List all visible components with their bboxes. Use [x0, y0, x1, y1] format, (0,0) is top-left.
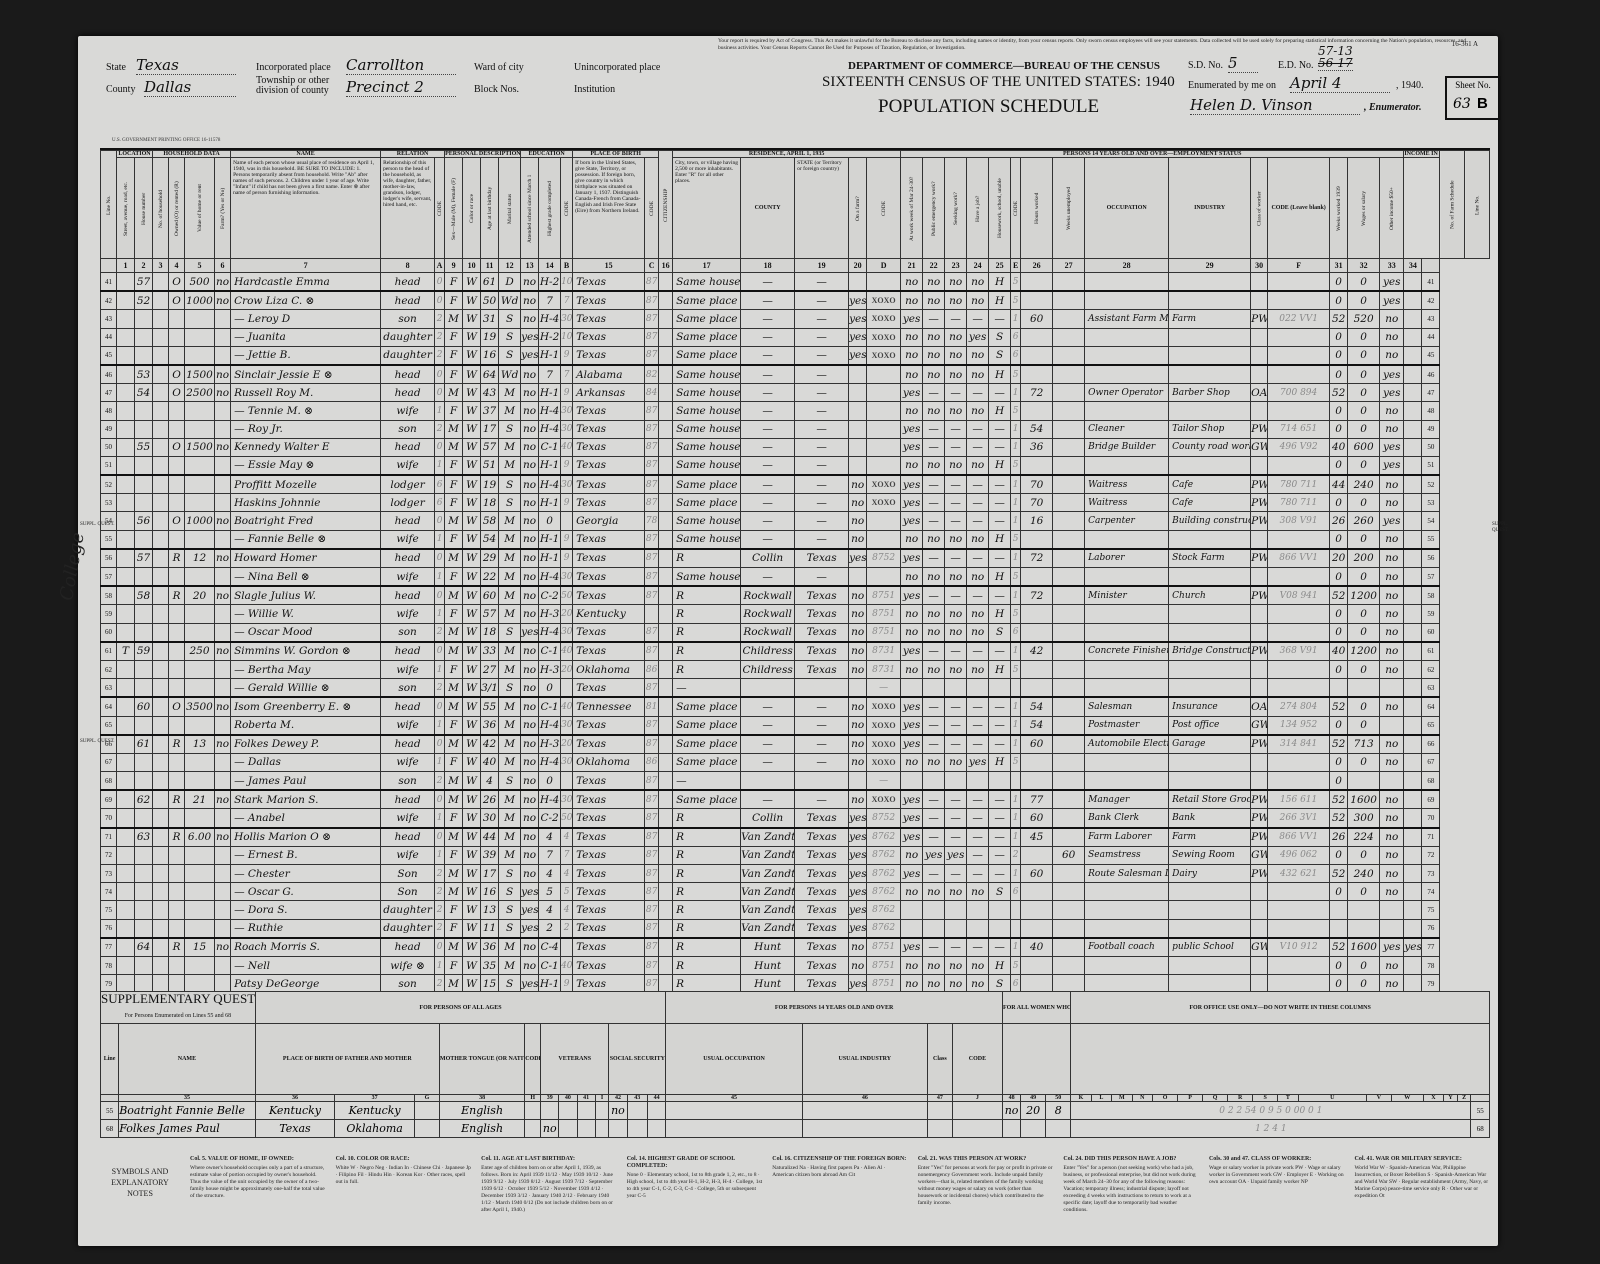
- farm-schedule-header: No. of Farm Schedule: [1440, 151, 1465, 259]
- age-header: Age at last birthday: [481, 158, 499, 259]
- cell-c: 87: [645, 865, 659, 883]
- line-number-right: 43: [1422, 310, 1440, 328]
- cell-c23: —: [945, 310, 967, 328]
- cell-c30: PW: [1251, 420, 1268, 438]
- line-number-right: 77: [1422, 938, 1440, 957]
- cell-marital: S: [499, 328, 521, 346]
- supp-name-header: NAME: [119, 1024, 256, 1095]
- cell-d: [867, 456, 901, 475]
- cell-c24: —: [967, 846, 989, 864]
- cell-b: 10: [561, 328, 573, 346]
- cell-c23: —: [945, 512, 967, 530]
- cell-school: no: [521, 384, 539, 402]
- cell-birth: Texas: [573, 456, 645, 475]
- cell-industry: [1169, 919, 1251, 938]
- supp-column-number: 50: [1046, 1095, 1071, 1102]
- cell-e: 6: [1011, 328, 1021, 346]
- cell-b: 50: [561, 809, 573, 828]
- cell-res-county: —: [741, 512, 795, 530]
- cell-farm: no: [215, 512, 231, 530]
- cell-own: [169, 328, 185, 346]
- line-number-right: 54: [1422, 512, 1440, 530]
- supp-cell-c48: no: [1002, 1102, 1020, 1120]
- cell-c32: 0: [1348, 568, 1380, 587]
- cell-race: W: [463, 328, 481, 346]
- cell-cit: [659, 660, 673, 678]
- cell-c21: yes: [901, 549, 923, 568]
- schedule-title: POPULATION SCHEDULE: [878, 96, 1099, 118]
- cell-e: 1: [1011, 790, 1021, 809]
- relation-header: RELATION: [381, 151, 445, 158]
- cell-c30: OA: [1251, 384, 1268, 402]
- code-h-header: CODE: [525, 1024, 541, 1095]
- note-block: Col. 5. VALUE OF HOME, IF OWNED:Where ow…: [190, 1156, 326, 1236]
- line-number: 58: [101, 586, 117, 605]
- cell-c21: yes: [901, 642, 923, 661]
- household-header: HOUSEHOLD DATA: [153, 151, 231, 158]
- cell-c32: 0: [1348, 753, 1380, 771]
- cell-e: 1: [1011, 642, 1021, 661]
- cell-d: XOXO: [867, 716, 901, 735]
- cell-res-farm: no: [849, 623, 867, 642]
- cell-c31: 52: [1330, 809, 1348, 828]
- cell-value: [185, 772, 215, 791]
- cell-name: — Jettie B.: [231, 346, 381, 365]
- table-row: 68— James Paulson2MW4Sno0Texas87——068: [101, 772, 1490, 791]
- enumerator-name: Helen D. Vinson: [1190, 96, 1360, 115]
- cell-c30: PW: [1251, 475, 1268, 494]
- cell-birth: Texas: [573, 772, 645, 791]
- cell-d: 8751: [867, 956, 901, 974]
- cell-c32: 0: [1348, 384, 1380, 402]
- cell-d: 8762: [867, 901, 901, 919]
- cell-c33: no: [1380, 328, 1404, 346]
- cell-c30: [1251, 365, 1268, 384]
- cell-c: 87: [645, 310, 659, 328]
- code-j-header: CODE: [952, 1024, 1002, 1095]
- cell-c32: 240: [1348, 865, 1380, 883]
- women-cols-header: [1002, 1024, 1070, 1095]
- cell-street: [117, 475, 135, 494]
- line-number: 50: [101, 438, 117, 456]
- cell-c: 87: [645, 475, 659, 494]
- year-label: , 1940.: [1396, 80, 1424, 91]
- cell-res-farm: yes: [849, 809, 867, 828]
- cell-c31: 52: [1330, 938, 1348, 957]
- cell-a: 1: [435, 753, 445, 771]
- cell-c31: 0: [1330, 956, 1348, 974]
- cell-c31: 26: [1330, 828, 1348, 847]
- cell-industry: [1169, 346, 1251, 365]
- cell-c26: [1021, 402, 1053, 420]
- cell-res-farm: no: [849, 753, 867, 771]
- supp-cell-mother: Oklahoma: [335, 1120, 415, 1138]
- cell-c21: [901, 772, 923, 791]
- cell-age: 16: [481, 883, 499, 901]
- cell-c23: —: [945, 828, 967, 847]
- cell-own: R: [169, 735, 185, 754]
- cell-res-county: —: [741, 384, 795, 402]
- cell-street: [117, 919, 135, 938]
- cell-own: R: [169, 938, 185, 957]
- cell-industry: public School: [1169, 938, 1251, 957]
- cell-marital: M: [499, 605, 521, 623]
- cell-b: 9: [561, 456, 573, 475]
- cell-res-county: Hunt: [741, 956, 795, 974]
- cell-res-state: —: [795, 530, 849, 549]
- cell-b: 30: [561, 568, 573, 587]
- cell-grade: H-4: [539, 716, 561, 735]
- cell-c26: [1021, 846, 1053, 864]
- cell-occupation: [1085, 402, 1169, 420]
- supp-cell-c50: [1046, 1120, 1071, 1138]
- cell-marital: M: [499, 938, 521, 957]
- cell-c22: —: [923, 310, 945, 328]
- county-value: Dallas: [144, 78, 236, 97]
- cell-c26: 70: [1021, 494, 1053, 512]
- cell-age: 58: [481, 512, 499, 530]
- cell-c: 87: [645, 420, 659, 438]
- cell-b: 30: [561, 420, 573, 438]
- cell-value: 13: [185, 735, 215, 754]
- cell-race: W: [463, 438, 481, 456]
- note-title: Cols. 30 and 47. CLASS OF WORKER:: [1209, 1156, 1345, 1163]
- cell-name: Haskins Johnnie: [231, 494, 381, 512]
- cell-res-county: Van Zandt: [741, 883, 795, 901]
- cell-res-farm: no: [849, 530, 867, 549]
- cell-household: [153, 549, 169, 568]
- cell-c: 87: [645, 530, 659, 549]
- column-number: B: [561, 259, 573, 273]
- cell-school: no: [521, 291, 539, 310]
- cell-farm: [215, 568, 231, 587]
- cell-c25: S: [989, 883, 1011, 901]
- line-number: 73: [101, 865, 117, 883]
- cell-c32: [1348, 679, 1380, 698]
- cell-occupation: [1085, 901, 1169, 919]
- cell-c22: —: [923, 938, 945, 957]
- cell-c33: yes: [1380, 456, 1404, 475]
- line-number: 48: [101, 402, 117, 420]
- supp-cell-g: [414, 1102, 439, 1120]
- cell-name: — Bertha May: [231, 660, 381, 678]
- cell-res-state: —: [795, 790, 849, 809]
- cell-value: [185, 494, 215, 512]
- cell-res-city: Same house: [673, 273, 741, 292]
- cell-c30: GW: [1251, 716, 1268, 735]
- supp-column-number: [101, 1095, 119, 1102]
- cell-c30: [1251, 346, 1268, 365]
- cell-industry: [1169, 901, 1251, 919]
- women-header: FOR ALL WOMEN WHO ARE OR HAVE BEEN MARRI…: [1002, 992, 1070, 1024]
- cell-res-state: —: [795, 456, 849, 475]
- cell-c22: —: [923, 790, 945, 809]
- cell-sex: M: [445, 623, 463, 642]
- table-row: 62— Bertha Maywife1FW27MnoH-320Oklahoma8…: [101, 660, 1490, 678]
- cell-relation: daughter: [381, 919, 435, 938]
- cell-value: 250: [185, 642, 215, 661]
- cell-res-farm: [849, 420, 867, 438]
- cell-res-city: Same place: [673, 753, 741, 771]
- cell-c25: —: [989, 735, 1011, 754]
- cell-c24: no: [967, 605, 989, 623]
- cell-res-county: Van Zandt: [741, 865, 795, 883]
- sheet-number-box: Sheet No. 63 B: [1445, 76, 1501, 120]
- cell-school: yes: [521, 883, 539, 901]
- cell-res-county: —: [741, 456, 795, 475]
- cell-res-farm: no: [849, 938, 867, 957]
- cell-age: 39: [481, 846, 499, 864]
- supp-cell-c39: [541, 1102, 559, 1120]
- cell-c30: [1251, 273, 1268, 292]
- cell-res-county: —: [741, 494, 795, 512]
- cell-school: no: [521, 735, 539, 754]
- column-number: 12: [499, 259, 521, 273]
- cell-res-county: Collin: [741, 809, 795, 828]
- usual-occupation-header: USUAL OCCUPATION: [666, 1024, 802, 1095]
- cell-c25: —: [989, 384, 1011, 402]
- cell-res-county: Van Zandt: [741, 919, 795, 938]
- cell-c23: —: [945, 642, 967, 661]
- cell-c33: no: [1380, 735, 1404, 754]
- cell-c30: [1251, 660, 1268, 678]
- cell-c21: no: [901, 365, 923, 384]
- cell-own: [169, 568, 185, 587]
- cell-cit: [659, 753, 673, 771]
- cell-c21: yes: [901, 828, 923, 847]
- cell-school: no: [521, 605, 539, 623]
- cell-c22: [923, 901, 945, 919]
- cell-b: 9: [561, 530, 573, 549]
- cell-industry: [1169, 402, 1251, 420]
- cell-c31: 26: [1330, 512, 1348, 530]
- cell-marital: M: [499, 697, 521, 716]
- line-number: 44: [101, 328, 117, 346]
- cell-value: 1500: [185, 438, 215, 456]
- cell-school: no: [521, 273, 539, 292]
- cell-birth: Texas: [573, 310, 645, 328]
- cell-value: 500: [185, 273, 215, 292]
- cell-household: [153, 828, 169, 847]
- cell-c24: no: [967, 623, 989, 642]
- cell-household: [153, 530, 169, 549]
- cell-c27: [1053, 530, 1085, 549]
- cell-res-county: Rockwall: [741, 623, 795, 642]
- cell-c24: [967, 772, 989, 791]
- cell-c27: [1053, 753, 1085, 771]
- cell-res-county: Collin: [741, 549, 795, 568]
- cell-c34: [1404, 512, 1422, 530]
- cell-c32: 300: [1348, 809, 1380, 828]
- cell-grade: H-1: [539, 346, 561, 365]
- cell-birth: Texas: [573, 883, 645, 901]
- cell-farm: [215, 494, 231, 512]
- cell-c22: no: [923, 623, 945, 642]
- cell-a: 0: [435, 273, 445, 292]
- cell-c: 87: [645, 809, 659, 828]
- cell-c26: [1021, 901, 1053, 919]
- cell-c27: [1053, 623, 1085, 642]
- line-number: 49: [101, 420, 117, 438]
- cell-cit: [659, 310, 673, 328]
- code-c-header: CODE: [645, 158, 659, 259]
- cell-street: [117, 938, 135, 957]
- line-number-right: 53: [1422, 494, 1440, 512]
- cell-own: [169, 346, 185, 365]
- cell-d: 8751: [867, 605, 901, 623]
- cell-c24: no: [967, 402, 989, 420]
- cell-school: no: [521, 456, 539, 475]
- cell-occupation: [1085, 623, 1169, 642]
- cell-c22: —: [923, 384, 945, 402]
- cell-a: 1: [435, 402, 445, 420]
- cell-farm: [215, 679, 231, 698]
- enumerated-date: April 4: [1290, 74, 1390, 93]
- cell-c31: 52: [1330, 310, 1348, 328]
- cell-street: [117, 291, 135, 310]
- cell-c: 87: [645, 642, 659, 661]
- cell-street: [117, 384, 135, 402]
- cell-farm: [215, 456, 231, 475]
- cell-farm: no: [215, 938, 231, 957]
- cell-res-city: Same place: [673, 494, 741, 512]
- supp-cell-c41: [577, 1102, 595, 1120]
- cell-name: — Oscar G.: [231, 883, 381, 901]
- supp-line-header: Line: [101, 1024, 119, 1095]
- cell-c22: [923, 919, 945, 938]
- cell-b: 9: [561, 494, 573, 512]
- cell-c30: PW: [1251, 586, 1268, 605]
- cell-c24: —: [967, 512, 989, 530]
- note-block: Col. 14. HIGHEST GRADE OF SCHOOL COMPLET…: [627, 1156, 763, 1236]
- line-number-right: 59: [1422, 605, 1440, 623]
- cell-name: Crow Liza C. ⊗: [231, 291, 381, 310]
- supp-column-number: T: [1278, 1095, 1298, 1102]
- cell-house: [135, 883, 153, 901]
- cell-marital: M: [499, 790, 521, 809]
- cell-grade: C-2: [539, 809, 561, 828]
- cell-c26: [1021, 568, 1053, 587]
- supp-cell-c48: [1002, 1120, 1020, 1138]
- cell-industry: Post office: [1169, 716, 1251, 735]
- cell-c32: 1200: [1348, 642, 1380, 661]
- cell-house: 57: [135, 273, 153, 292]
- cell-grade: C-1: [539, 956, 561, 974]
- cell-industry: [1169, 530, 1251, 549]
- cell-school: no: [521, 568, 539, 587]
- cell-value: [185, 328, 215, 346]
- cell-c22: no: [923, 402, 945, 420]
- cell-b: 50: [561, 586, 573, 605]
- cell-b: [561, 938, 573, 957]
- cell-school: no: [521, 438, 539, 456]
- column-number: E: [1011, 259, 1021, 273]
- cell-household: [153, 772, 169, 791]
- cell-race: W: [463, 919, 481, 938]
- cell-name: — Chester: [231, 865, 381, 883]
- cell-c27: [1053, 716, 1085, 735]
- table-row: 60— Oscar Moodson2MW18SyesH-430Texas87RR…: [101, 623, 1490, 642]
- cell-c27: [1053, 901, 1085, 919]
- cell-res-state: —: [795, 568, 849, 587]
- cell-c21: no: [901, 273, 923, 292]
- cell-c31: 0: [1330, 346, 1348, 365]
- supp-column-number: 47: [927, 1095, 952, 1102]
- cell-c25: —: [989, 790, 1011, 809]
- cell-relation: head: [381, 438, 435, 456]
- cell-c31: 0: [1330, 846, 1348, 864]
- line-number: 47: [101, 384, 117, 402]
- supp-cell-c46: [802, 1102, 927, 1120]
- cell-farm: [215, 956, 231, 974]
- cell-street: [117, 310, 135, 328]
- table-row: 70— Anabelwife1FW30MnoC-250Texas87RColli…: [101, 809, 1490, 828]
- cell-res-city: Same place: [673, 716, 741, 735]
- supp-cell-line: 68: [101, 1120, 119, 1138]
- cell-res-state: —: [795, 365, 849, 384]
- cell-age: 57: [481, 438, 499, 456]
- cell-occupation: Salesman: [1085, 697, 1169, 716]
- cell-c34: [1404, 438, 1422, 456]
- res-city-header: City, town, or village having 2,500 or m…: [673, 158, 741, 259]
- grade-header: Highest grade completed: [539, 158, 561, 259]
- line-number: 69: [101, 790, 117, 809]
- cell-a: 2: [435, 919, 445, 938]
- table-row: 6661R13noFolkes Dewey P.head0MW42MnoH-32…: [101, 735, 1490, 754]
- cell-birth: Oklahoma: [573, 753, 645, 771]
- cell-occupation: [1085, 530, 1169, 549]
- note-text: Enter "Yes" for a person (not seeking wo…: [1063, 1165, 1195, 1213]
- incorporated-place-value: Carrollton: [346, 56, 456, 75]
- cell-c26: [1021, 883, 1053, 901]
- cell-birth: Texas: [573, 273, 645, 292]
- cell-c25: —: [989, 938, 1011, 957]
- cell-household: [153, 919, 169, 938]
- column-number: 20: [849, 259, 867, 273]
- cell-c34: [1404, 475, 1422, 494]
- cell-c32: 1200: [1348, 586, 1380, 605]
- cell-d: XOXO: [867, 346, 901, 365]
- cell-cit: [659, 938, 673, 957]
- cell-relation: son: [381, 310, 435, 328]
- weeks-worked-header: Weeks worked 1939: [1330, 158, 1348, 259]
- supp-cell-language: English: [439, 1102, 524, 1120]
- column-number-row: 12345678A91011121314B15C1617181920D21222…: [101, 259, 1490, 273]
- cell-res-county: —: [741, 735, 795, 754]
- line-number: 41: [101, 273, 117, 292]
- cell-c25: H: [989, 568, 1011, 587]
- cell-race: W: [463, 346, 481, 365]
- cell-grade: 4: [539, 901, 561, 919]
- cell-industry: [1169, 328, 1251, 346]
- cell-c33: no: [1380, 660, 1404, 678]
- cell-c25: H: [989, 365, 1011, 384]
- cell-age: 37: [481, 402, 499, 420]
- note-title: Col. 24. DID THIS PERSON HAVE A JOB?: [1063, 1156, 1199, 1163]
- cell-farm: [215, 772, 231, 791]
- cell-relation: head: [381, 828, 435, 847]
- column-number: 4: [169, 259, 185, 273]
- wages-header: Wages or salary: [1348, 158, 1380, 259]
- home-value-header: Value of home or rent: [185, 158, 215, 259]
- cell-c31: 0: [1330, 530, 1348, 549]
- cell-c24: —: [967, 938, 989, 957]
- cell-c24: [967, 919, 989, 938]
- cell-c22: [923, 679, 945, 698]
- parents-birth-header: PLACE OF BIRTH OF FATHER AND MOTHER: [255, 1024, 439, 1095]
- cell-house: 57: [135, 549, 153, 568]
- column-number: 32: [1348, 259, 1380, 273]
